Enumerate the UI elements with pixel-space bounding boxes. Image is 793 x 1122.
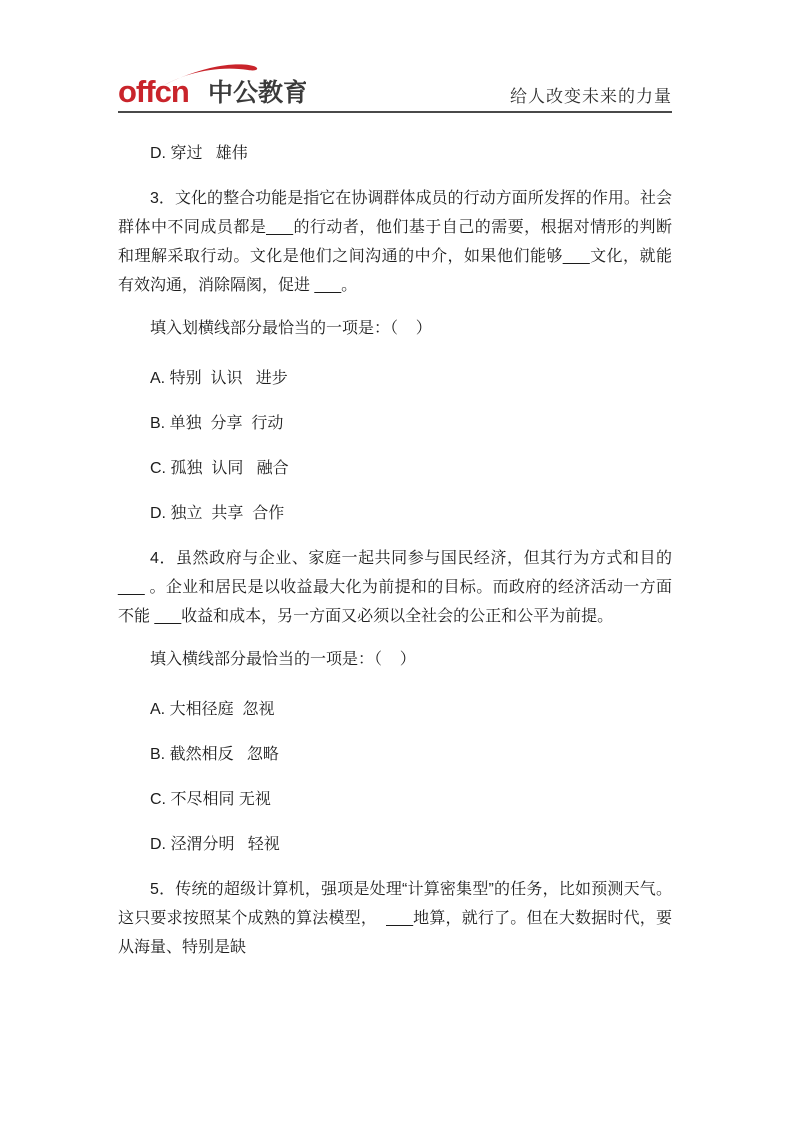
page-header: offcn 中公教育 给人改变未来的力量 (118, 64, 672, 113)
option-b-question-4: B. 截然相反 忽略 (118, 740, 672, 769)
document-body: D. 穿过 雄伟 3．文化的整合功能是指它在协调群体成员的行动方面所发挥的作用。… (118, 139, 672, 962)
option-c-question-4: C. 不尽相同 无视 (118, 785, 672, 814)
option-a-question-3: A. 特别 认识 进步 (118, 364, 672, 393)
option-d-question-2: D. 穿过 雄伟 (118, 139, 672, 168)
offcn-logo: offcn 中公教育 (118, 64, 306, 108)
option-d-question-3: D. 独立 共享 合作 (118, 499, 672, 528)
offcn-logo-latin: offcn (118, 74, 189, 108)
option-c-question-3: C. 孤独 认同 融合 (118, 454, 672, 483)
question-3-prompt: 填入划横线部分最恰当的一项是：（ ） (118, 314, 672, 343)
option-a-question-4: A. 大相径庭 忽视 (118, 695, 672, 724)
header-tagline: 给人改变未来的力量 (510, 87, 672, 107)
question-5-text: 5．传统的超级计算机，强项是处理“计算密集型”的任务，比如预测天气。这只要求按照… (118, 875, 672, 962)
question-4-prompt: 填入横线部分最恰当的一项是：（ ） (118, 645, 672, 674)
document-page: offcn 中公教育 给人改变未来的力量 D. 穿过 雄伟 3．文化的整合功能是… (0, 0, 793, 1122)
question-4-text: 4．虽然政府与企业、家庭一起共同参与国民经济，但其行为方式和目的 ___ 。企业… (118, 544, 672, 631)
question-3-text: 3．文化的整合功能是指它在协调群体成员的行动方面所发挥的作用。社会群体中不同成员… (118, 184, 672, 300)
offcn-logo-cjk: 中公教育 (208, 78, 306, 107)
option-d-question-4: D. 泾渭分明 轻视 (118, 830, 672, 859)
option-b-question-3: B. 单独 分享 行动 (118, 409, 672, 438)
